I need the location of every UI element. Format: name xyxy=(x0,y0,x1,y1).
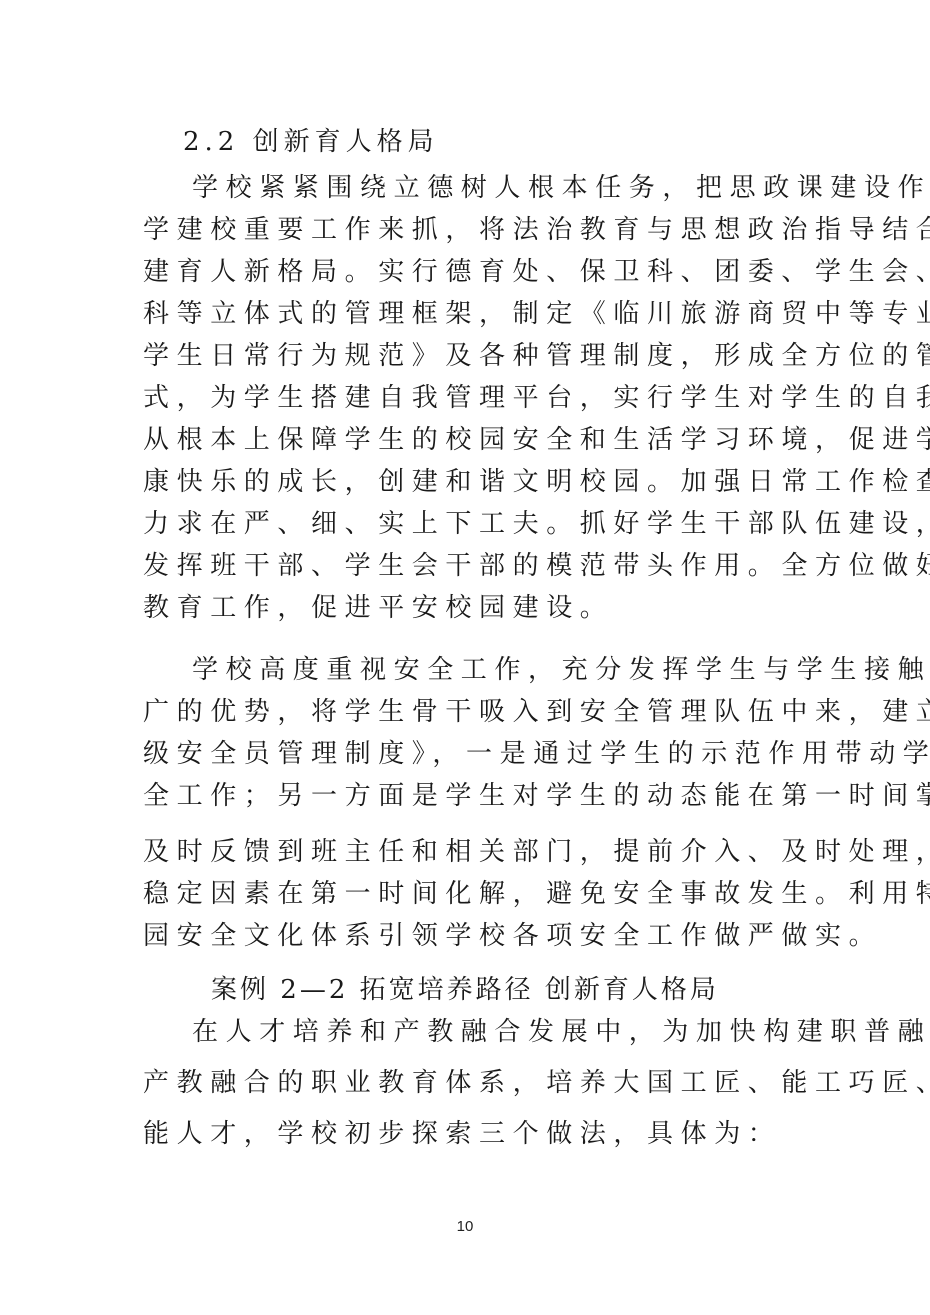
paragraph-line: 学校紧紧围绕立德树人根本任务，把思政课建设作为办 xyxy=(192,172,842,204)
section-heading: 2.2 创新育人格局 xyxy=(183,126,833,158)
paragraph-line: 发挥班干部、学生会干部的模范带头作用。全方位做好安全 xyxy=(143,550,793,582)
paragraph-line: 科等立体式的管理框架，制定《临川旅游商贸中等专业学校 xyxy=(143,298,793,330)
paragraph-line: 学生日常行为规范》及各种管理制度，形成全方位的管理模 xyxy=(143,340,793,372)
paragraph-line: 学建校重要工作来抓，将法治教育与思想政治指导结合，构 xyxy=(143,214,793,246)
paragraph-line: 广的优势，将学生骨干吸入到安全管理队伍中来，建立《班 xyxy=(143,696,793,728)
paragraph-line: 级安全员管理制度》，一是通过学生的示范作用带动学校安 xyxy=(143,738,793,770)
document-page: 2.2 创新育人格局 学校紧紧围绕立德树人根本任务，把思政课建设作为办 学建校重… xyxy=(0,0,930,1315)
paragraph-line: 教育工作，促进平安校园建设。 xyxy=(143,592,793,624)
case-title: 案例 2—2 拓宽培养路径 创新育人格局 xyxy=(0,974,930,1006)
paragraph-line: 式，为学生搭建自我管理平台，实行学生对学生的自我管理， xyxy=(143,382,793,414)
paragraph-line: 力求在严、细、实上下工夫。抓好学生干部队伍建设，充分 xyxy=(143,508,793,540)
paragraph-line: 稳定因素在第一时间化解，避免安全事故发生。利用特色校 xyxy=(143,878,793,910)
paragraph-line: 建育人新格局。实行德育处、保卫科、团委、学生会、公寓 xyxy=(143,256,793,288)
paragraph-line: 全工作；另一方面是学生对学生的动态能在第一时间掌握， xyxy=(143,780,793,812)
page-number: 10 xyxy=(0,1218,930,1235)
paragraph-line: 园安全文化体系引领学校各项安全工作做严做实。 xyxy=(143,920,793,952)
paragraph-line: 学校高度重视安全工作，充分发挥学生与学生接触面最 xyxy=(192,654,842,686)
paragraph-line: 产教融合的职业教育体系，培养大国工匠、能工巧匠、高技 xyxy=(143,1067,793,1099)
paragraph-line: 能人才，学校初步探索三个做法，具体为： xyxy=(143,1118,793,1150)
paragraph-line: 康快乐的成长，创建和谐文明校园。加强日常工作检查力度， xyxy=(143,466,793,498)
paragraph-line: 从根本上保障学生的校园安全和生活学习环境，促进学生健 xyxy=(143,424,793,456)
paragraph-line: 及时反馈到班主任和相关部门，提前介入、及时处理，将不 xyxy=(143,836,793,868)
paragraph-line: 在人才培养和产教融合发展中，为加快构建职普融通、 xyxy=(192,1016,842,1048)
